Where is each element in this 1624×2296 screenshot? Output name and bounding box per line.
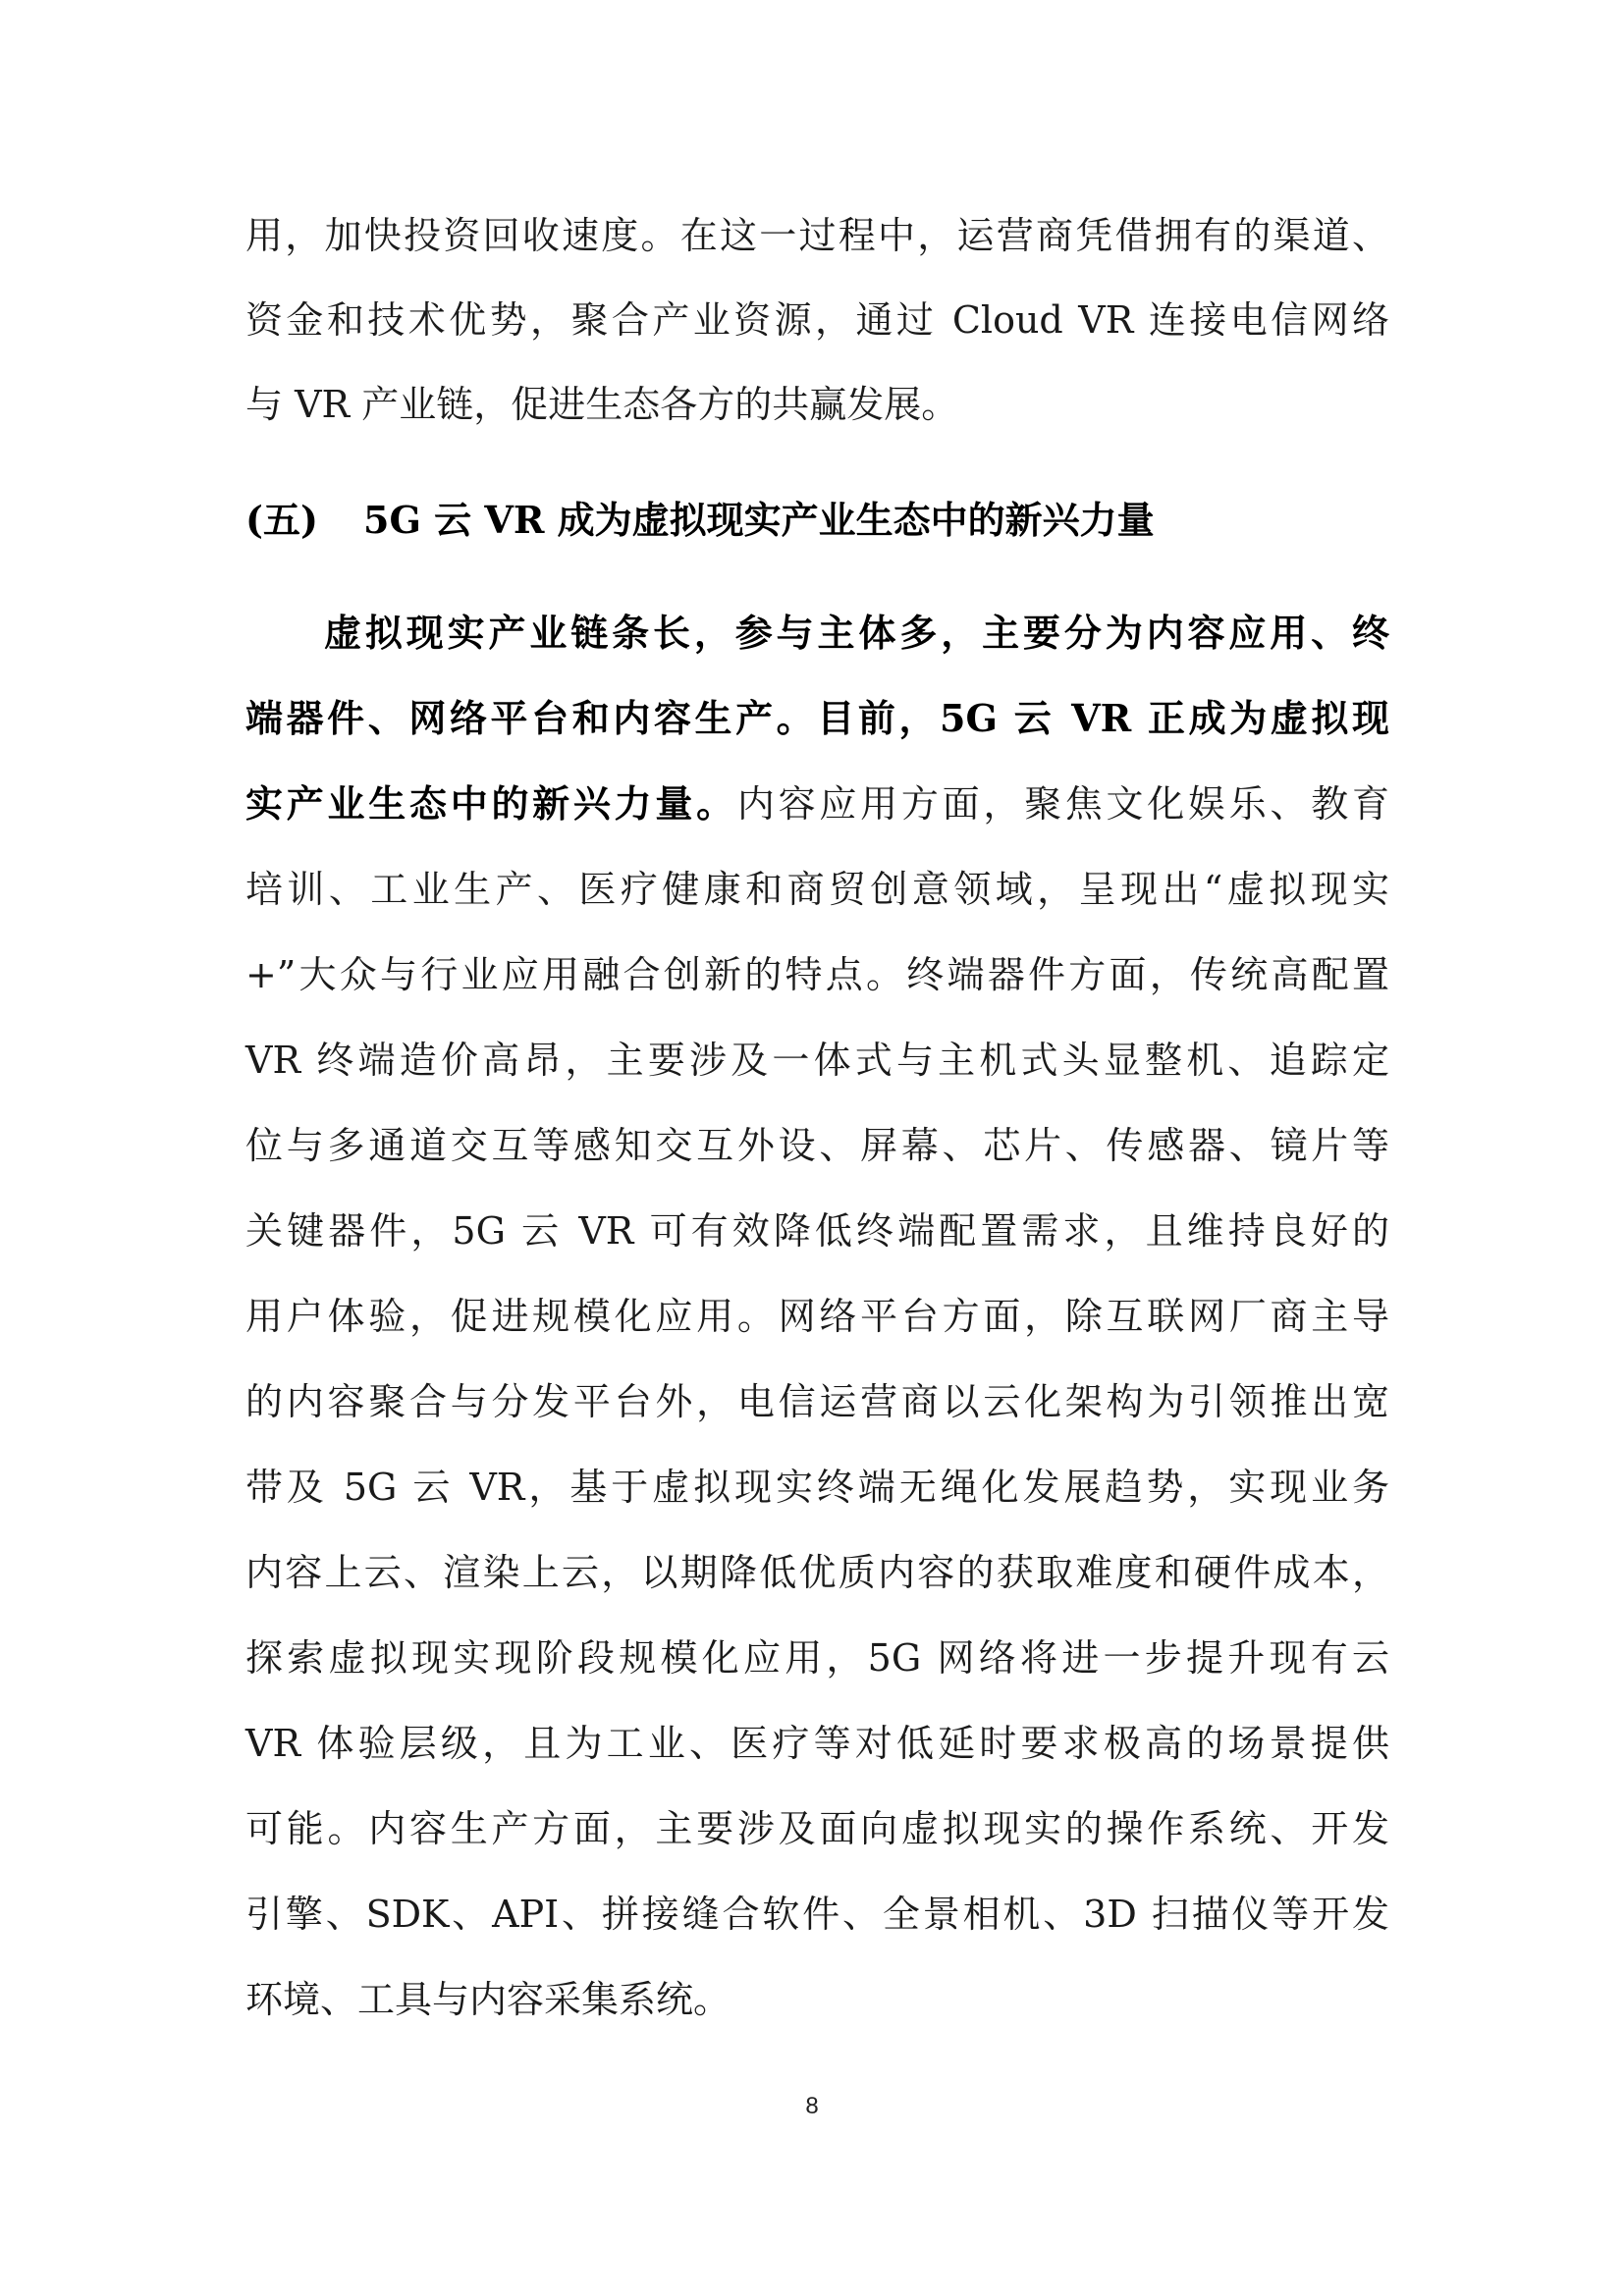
paragraph-line-13: 探索虚拟现实现阶段规模化应用，5G 网络将进一步提升现有云 [245,1636,1389,1680]
paragraph-line-2: 端器件、网络平台和内容生产。目前，5G 云 VR 正成为虚拟现 [245,697,1389,740]
paragraph-line-8: 关键器件，5G 云 VR 可有效降低终端配置需求，且维持良好的 [245,1209,1389,1253]
intro-line-2: 资金和技术优势，聚合产业资源，通过 Cloud VR 连接电信网络 [245,298,1389,342]
paragraph-line-12: 内容上云、渲染上云，以期降低优质内容的获取难度和硬件成本， [245,1551,1389,1594]
paragraph-line-1: 虚拟现实产业链条长，参与主体多，主要分为内容应用、终 [324,612,1389,655]
section-number: (五) [245,497,363,544]
section-heading: (五)5G 云 VR 成为虚拟现实产业生态中的新兴力量 [245,497,1155,544]
section-title: 5G 云 VR 成为虚拟现实产业生态中的新兴力量 [363,498,1155,542]
paragraph-line-15: 可能。内容生产方面，主要涉及面向虚拟现实的操作系统、开发 [245,1807,1389,1850]
paragraph-line-14: VR 体验层级，且为工业、医疗等对低延时要求极高的场景提供 [245,1722,1389,1765]
paragraph-line-11: 带及 5G 云 VR，基于虚拟现实终端无绳化发展趋势，实现业务 [245,1466,1389,1509]
paragraph-line-7: 位与多通道交互等感知交互外设、屏幕、芯片、传感器、镜片等 [245,1124,1389,1167]
paragraph-line-17: 环境、工具与内容采集系统。 [245,1978,1389,2021]
document-page: 用，加快投资回收速度。在这一过程中，运营商凭借拥有的渠道、 资金和技术优势，聚合… [0,0,1624,2296]
paragraph-line-5: +”大众与行业应用融合创新的特点。终端器件方面，传统高配置 [245,953,1389,996]
paragraph-line-16: 引擎、SDK、API、拼接缝合软件、全景相机、3D 扫描仪等开发 [245,1893,1389,1936]
paragraph-line-6: VR 终端造价高昂，主要涉及一体式与主机式头显整机、追踪定 [245,1039,1389,1082]
paragraph-line-3: 实产业生态中的新兴力量。内容应用方面，聚焦文化娱乐、教育 [245,782,1389,826]
paragraph-line-3-rest: 内容应用方面，聚焦文化娱乐、教育 [737,782,1389,826]
bold-lead-end: 实产业生态中的新兴力量。 [245,781,737,826]
intro-line-1: 用，加快投资回收速度。在这一过程中，运营商凭借拥有的渠道、 [245,214,1389,257]
paragraph-line-4: 培训、工业生产、医疗健康和商贸创意领域，呈现出“虚拟现实 [245,868,1389,911]
paragraph-line-10: 的内容聚合与分发平台外，电信运营商以云化架构为引领推出宽 [245,1380,1389,1423]
intro-line-3: 与 VR 产业链，促进生态各方的共赢发展。 [245,383,1389,426]
paragraph-line-9: 用户体验，促进规模化应用。网络平台方面，除互联网厂商主导 [245,1295,1389,1338]
page-number: 8 [0,2093,1624,2120]
